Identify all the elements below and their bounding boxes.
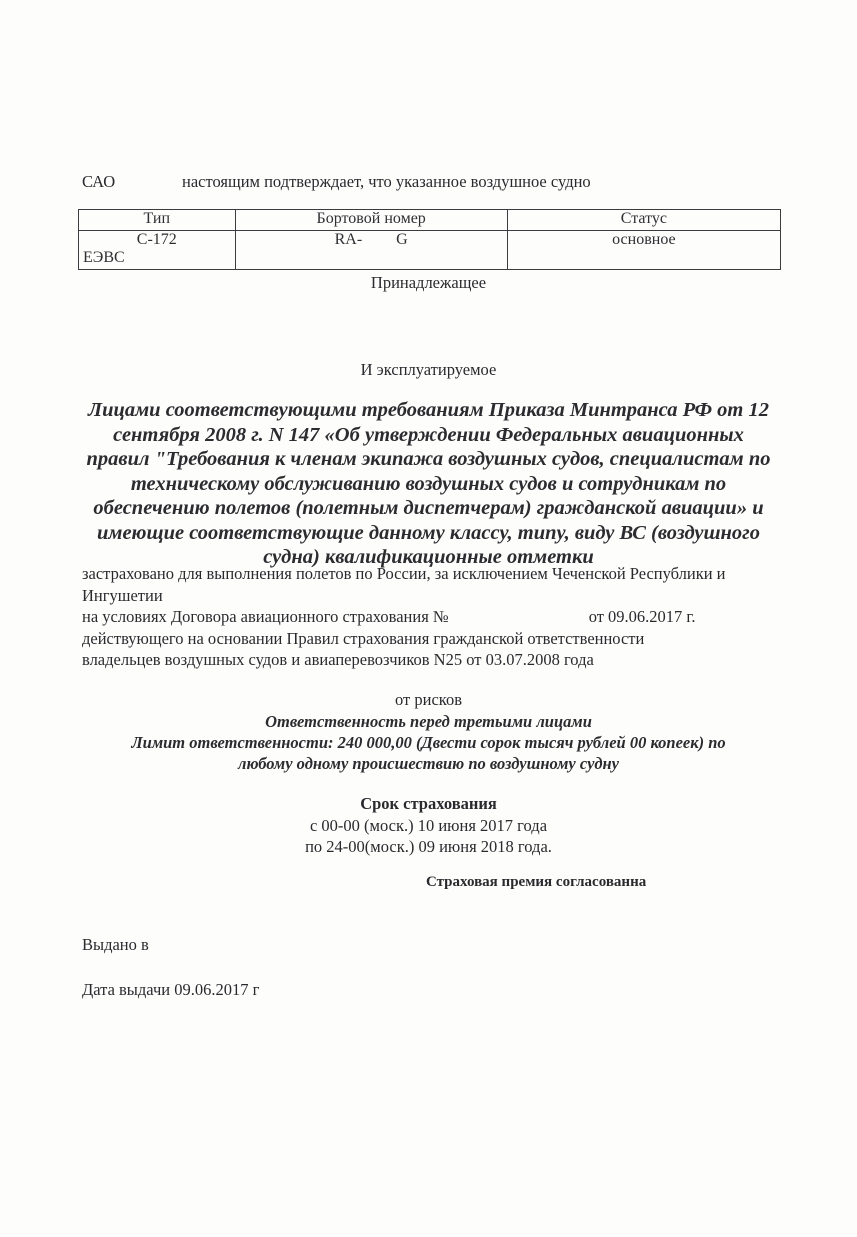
issue-date: Дата выдачи 09.06.2017 г: [82, 980, 259, 1000]
insurer-name: САО: [82, 172, 182, 192]
risks-label: от рисков: [0, 690, 857, 710]
rules-line: действующего на основании Правил страхов…: [82, 628, 726, 650]
insurance-term: Срок страхования с 00-00 (моск.) 10 июня…: [0, 793, 857, 858]
operators-line: техническому обслуживанию воздушных судо…: [0, 472, 857, 497]
operators-requirements: Лицами соответствующими требованиям Прик…: [0, 398, 857, 570]
registration-prefix: RA-: [335, 231, 363, 248]
term-title: Срок страхования: [0, 793, 857, 815]
intro-line: САОнастоящим подтверждает, что указанное…: [82, 172, 591, 192]
coverage-territory-cont: Ингушетии: [82, 585, 726, 607]
belonging-label: Принадлежащее: [0, 273, 857, 293]
coverage-block: застраховано для выполнения полетов по Р…: [82, 563, 726, 671]
operators-line: Лицами соответствующими требованиям Прик…: [0, 398, 857, 423]
table-header-row: Тип Бортовой номер Статус: [79, 210, 781, 231]
term-from: с 00-00 (моск.) 10 июня 2017 года: [0, 815, 857, 837]
header-registration: Бортовой номер: [235, 210, 507, 231]
operators-line: имеющие соответствующие данному классу, …: [0, 521, 857, 546]
operators-line: правил "Требования к членам экипажа возд…: [0, 447, 857, 472]
premium-agreed: Страховая премия согласованна: [426, 874, 646, 891]
cell-type: С-172 ЕЭВС: [79, 231, 236, 270]
aircraft-type: С-172: [137, 231, 177, 248]
header-status: Статус: [507, 210, 780, 231]
intro-text: настоящим подтверждает, что указанное во…: [182, 172, 591, 191]
coverage-territory: застраховано для выполнения полетов по Р…: [82, 563, 726, 585]
aircraft-subtype: ЕЭВС: [79, 249, 235, 267]
issued-in: Выдано в: [82, 935, 149, 955]
liability-limit-cont: любому одному происшествию по воздушному…: [0, 753, 857, 774]
table-row: С-172 ЕЭВС RA-G основное: [79, 231, 781, 270]
cell-status: основное: [507, 231, 780, 270]
contract-line: на условиях Договора авиационного страхо…: [82, 606, 726, 628]
operated-label: И эксплуатируемое: [0, 360, 857, 380]
risk-name: Ответственность перед третьими лицами: [0, 711, 857, 732]
registration-suffix: G: [396, 231, 408, 249]
term-to: по 24-00(моск.) 09 июня 2018 года.: [0, 836, 857, 858]
operators-line: обеспечению полетов (полетным диспетчера…: [0, 496, 857, 521]
cell-registration: RA-G: [235, 231, 507, 270]
rules-line-cont: владельцев воздушных судов и авиаперевоз…: [82, 649, 726, 671]
contract-date: от 09.06.2017 г.: [589, 607, 696, 626]
operators-line: сентября 2008 г. N 147 «Об утверждении Ф…: [0, 423, 857, 448]
contract-number-label: на условиях Договора авиационного страхо…: [82, 607, 449, 626]
header-type: Тип: [79, 210, 236, 231]
aircraft-table: Тип Бортовой номер Статус С-172 ЕЭВС RA-…: [78, 209, 781, 270]
risks-block: Ответственность перед третьими лицами Ли…: [0, 711, 857, 774]
liability-limit: Лимит ответственности: 240 000,00 (Двест…: [0, 732, 857, 753]
